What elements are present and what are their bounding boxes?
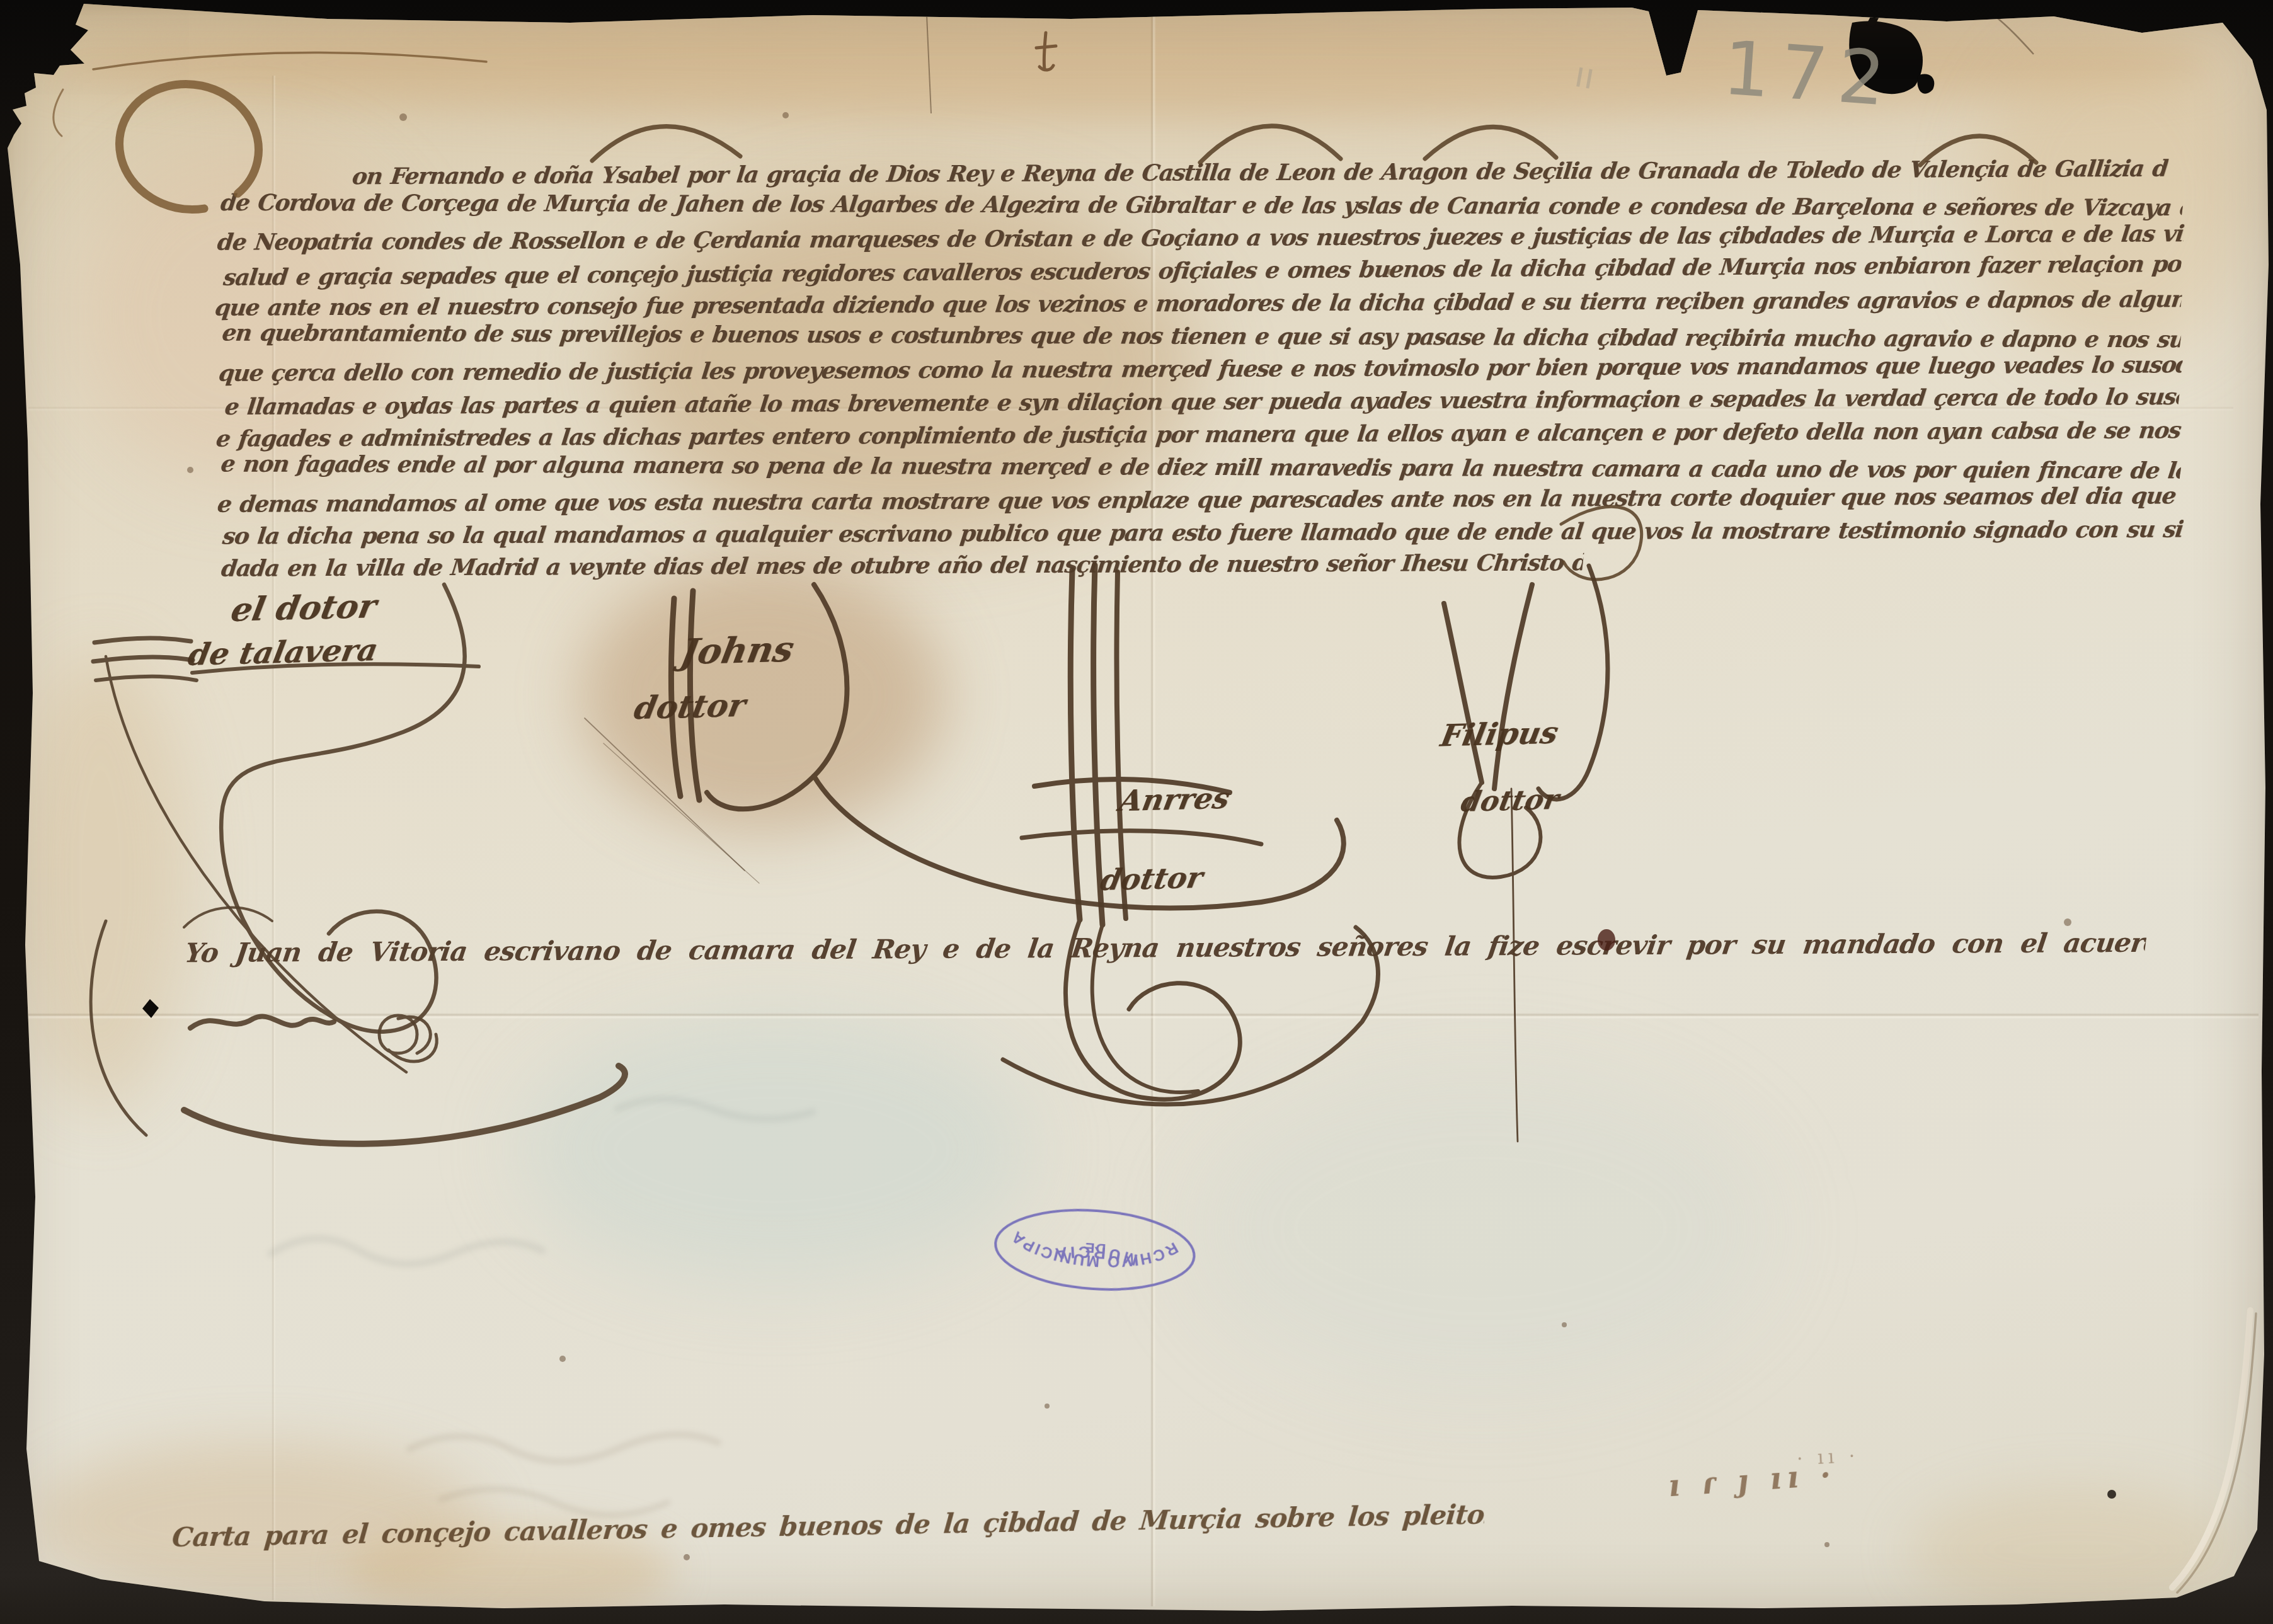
rubric-signature-right bbox=[1444, 566, 1608, 1141]
rubric-signature-center bbox=[1003, 565, 1378, 1104]
stain-left-edge bbox=[13, 655, 189, 1109]
signature-right-line2: dottor bbox=[1458, 784, 1562, 818]
flourish-top-line bbox=[93, 53, 486, 69]
fold-line-horizontal bbox=[28, 1013, 2259, 1019]
signature-center-line1: Anrres bbox=[1117, 781, 1233, 818]
manuscript-photo: on Fernando e doña Ysabel por la graçia … bbox=[0, 0, 2273, 1624]
pencil-foliation-number: 172 bbox=[1720, 25, 1898, 123]
paper-hole-small bbox=[142, 999, 159, 1018]
stain-blue-tint-2 bbox=[1191, 1065, 1770, 1392]
long-descender-stroke bbox=[1511, 789, 1518, 1141]
stain-bottom-right bbox=[1909, 1487, 2236, 1613]
paper-crack-top-right bbox=[1992, 14, 2034, 54]
edge-curl-highlight bbox=[2172, 1310, 2256, 1593]
chancery-line: Yo Juan de Vitoria escrivano de camara d… bbox=[183, 927, 2148, 968]
faded-ink-fragments-small: · ıı · bbox=[1796, 1444, 1860, 1470]
docket-line: Carta para el conçejo cavalleros e omes … bbox=[171, 1499, 1486, 1553]
paper-crack-top-center bbox=[927, 15, 931, 113]
paper-sheet: on Fernando e doña Ysabel por la graçia … bbox=[0, 0, 2273, 1624]
signature-right-line1: Filipus bbox=[1438, 716, 1561, 754]
paper-grain-texture bbox=[0, 0, 189, 94]
stain-blue-tint-1 bbox=[517, 1014, 1033, 1285]
manuscript-line: so la dicha pena so la qual mandamos a q… bbox=[220, 513, 2185, 553]
signature-center-left-line1: Johns bbox=[677, 629, 797, 673]
signature-left-line2: de talavera bbox=[185, 632, 381, 673]
signature-left-line1: el dotor bbox=[228, 587, 380, 629]
stain-signature-area bbox=[580, 561, 945, 832]
signature-center-left-line2: dottor bbox=[631, 687, 748, 727]
archive-stamp: ARCHIVO MUNICIPAL DE MURCIA bbox=[985, 1197, 1205, 1300]
pencil-faint-marks: ıı bbox=[1572, 54, 1598, 98]
invocation-cross-icon bbox=[1036, 33, 1056, 70]
manuscript-line: dada en la villa de Madrid a veynte dias… bbox=[219, 546, 1584, 585]
signature-center-line2: dottor bbox=[1098, 861, 1206, 897]
bleed-through-smudges bbox=[271, 1099, 813, 1515]
chancery-lead-flourish bbox=[184, 908, 272, 927]
